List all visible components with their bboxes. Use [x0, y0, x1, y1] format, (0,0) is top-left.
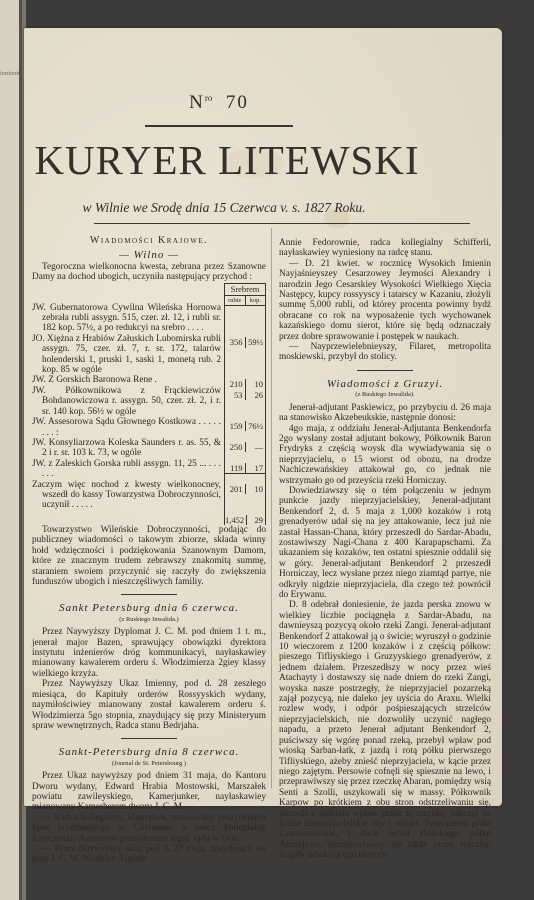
amount-kop: 26: [246, 390, 266, 400]
ledger-amount-row: 20110: [225, 473, 265, 494]
left-column: Wiadomości Krajowe. — Wilno — Tegoroczna…: [32, 228, 266, 865]
amount-rubli: 356: [225, 337, 246, 347]
issue-number-value: 70: [226, 92, 249, 113]
amount-kop: —: [246, 442, 266, 452]
amount-kop: 76½: [246, 421, 266, 431]
right-column: Annie Fedorownie, radca kollegialny Schi…: [279, 228, 491, 861]
ledger-names: JW. Gubernatorowa Cywilna Wileńska Horno…: [32, 283, 224, 525]
ledger-entry: JW. Z Gorskich Baronowa Rene .: [32, 375, 221, 385]
ledger-amount-row: 5326: [225, 390, 265, 400]
ledger-amount-row: 11917: [225, 452, 265, 473]
amount-rubli: 210: [225, 379, 246, 389]
donations-ledger: JW. Gubernatorowa Cywilna Wileńska Horno…: [32, 283, 266, 525]
ledger-amount-row: 35659½: [225, 306, 265, 348]
ledger-amounts-table: Srebrem rubie kop. 35659½ 21010 5326 159…: [224, 283, 266, 525]
source-note: (Journal de St. Petersbourg ): [32, 759, 266, 769]
source-note: (z Ruskiego Inwalida).: [279, 390, 491, 400]
section-title-domestic-news: Wiadomości Krajowe.: [32, 236, 266, 246]
ledger-amount-row: 21010: [225, 348, 265, 390]
article-intro: Tegoroczna wielkonocna kwesta, zebrana p…: [32, 262, 266, 283]
ledger-entry: JW. Gubernatorowa Cywilna Wileńska Horno…: [32, 303, 221, 334]
ledger-entry: JW. z Zaleskich Gorska rubli assygn. 11,…: [32, 459, 221, 480]
news-paragraph: Jenerał-adjutant Paskiewicz, po przybyci…: [279, 403, 491, 424]
adjacent-page-text: ionieniu mych w to, sz a zebra zeleg y n…: [0, 0, 20, 79]
news-paragraph: — Przez Naywyższy ukaz pod d. 27 maja, z…: [32, 844, 266, 865]
issue-number: Nro 70: [24, 92, 414, 114]
newspaper-page: Nro 70 KURYER LITEWSKI w Wilnie we Srodę…: [24, 28, 502, 806]
amount-kop: 10: [246, 484, 266, 494]
ledger-col-kop: kop.: [246, 296, 266, 305]
amount-rubli: 250: [225, 442, 246, 452]
place-heading-spb-8: Sankt-Petersburg dnia 8 czerwca.: [32, 747, 266, 757]
issue-superscript: ro: [205, 93, 213, 103]
amount-kop: 59½: [246, 337, 266, 347]
news-paragraph: Przez Naywyższy Dyplomat J. C. M. pod dn…: [32, 627, 266, 679]
dateline: w Wilnie we Srodę dnia 15 Czerwca v. s. …: [24, 200, 424, 216]
news-paragraph: — D. 21 kwiet. w rocznicę Wysokich Imien…: [279, 259, 491, 342]
news-paragraph: Przez Ukaz naywyższy pod dniem 31 maja, …: [32, 771, 266, 813]
section-rule: [121, 594, 177, 595]
issue-label: N: [189, 92, 205, 113]
ledger-amount-row: 15976½: [225, 400, 265, 431]
news-paragraph: Dowiedziawszy się o tém połączeniu w jed…: [279, 486, 491, 600]
header-rule: [94, 223, 470, 224]
place-heading-wilno: — Wilno —: [32, 250, 266, 260]
section-rule: [121, 738, 177, 739]
ledger-entry: JW. Assesorowa Sądu Głownego Kostkowa . …: [32, 417, 221, 438]
ledger-amount-row: 250—: [225, 431, 265, 452]
ledger-total-row: 1,45229: [225, 494, 265, 525]
ledger-header: Srebrem: [225, 283, 265, 296]
amount-rubli: 159: [225, 421, 246, 431]
newspaper-title: KURYER LITEWSKI: [32, 136, 422, 184]
section-rule: [357, 370, 413, 371]
thanks-paragraph: Towarzystwo Wileńskie Dobroczynności, po…: [32, 525, 266, 587]
amount-rubli: 53: [225, 390, 246, 400]
news-paragraph: — Radca kollegialny, Hawryłow, mianowany…: [32, 813, 266, 844]
amount-kop: 17: [246, 463, 266, 473]
amount-kop: 10: [246, 379, 266, 389]
news-paragraph: 4go maja, z oddziału Jenerał-Adjutanta B…: [279, 424, 491, 486]
total-rubli: 1,452: [225, 515, 247, 525]
total-kop: 29: [247, 515, 265, 525]
place-heading-georgia: Wiadomości z Gruzyi.: [279, 379, 491, 389]
place-heading-spb-6: Sankt Petersburg dnia 6 czerwca.: [32, 603, 266, 613]
news-paragraph: Annie Fedorownie, radca kollegialny Schi…: [279, 238, 491, 259]
column-divider: [271, 228, 272, 788]
news-paragraph: — Nayprzewielebnieyszy, Filaret, metropo…: [279, 342, 491, 363]
amount-rubli: 201: [225, 484, 246, 494]
news-paragraph: D. 8 odebrał doniesienie, że jazda persk…: [279, 600, 491, 860]
amount-rubli: 119: [225, 463, 246, 473]
news-paragraph: Przez Naywyższy Ukaz Imienny, pod d. 28 …: [32, 679, 266, 731]
ledger-total-text: Zaczym więc nochod z kwesty wielkonocney…: [32, 480, 221, 511]
ledger-entry: JW. Konsyliarzowa Koleska Saunders r. as…: [32, 438, 221, 459]
ledger-entry: JO. Xiężna z Hrabiów Załuskich Lubomirsk…: [32, 334, 221, 376]
adjacent-page-strip: ionieniu mych w to, sz a zebra zeleg y n…: [0, 0, 20, 900]
source-note: (z Ruskiego Inwalida.): [32, 615, 266, 625]
issue-rule: [145, 125, 293, 127]
ledger-subheader: rubie kop.: [225, 296, 265, 306]
ledger-col-rubli: rubie: [225, 296, 246, 305]
ledger-entry: JW. Półkownikowa z Frąckiewiczów Bohdano…: [32, 386, 221, 417]
